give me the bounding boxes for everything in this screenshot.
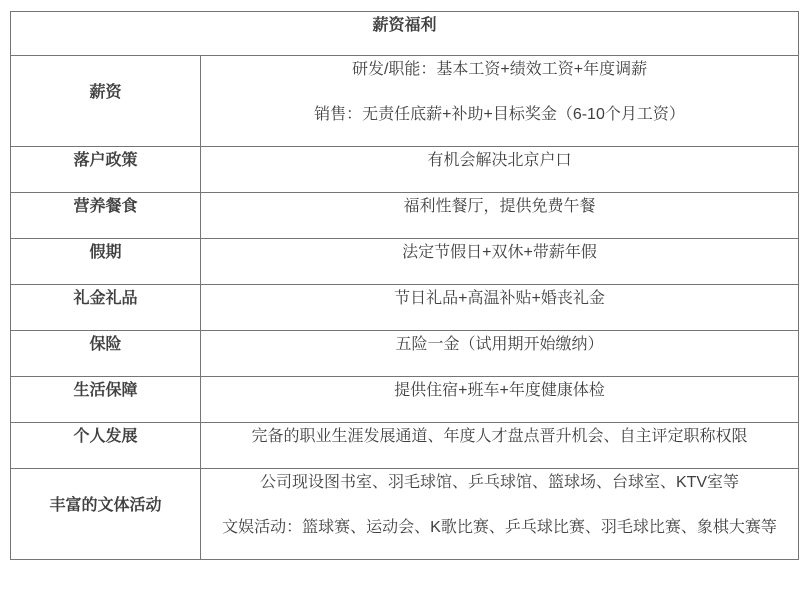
table-title: 薪资福利 <box>11 12 798 40</box>
row-label-insurance: 保险 <box>11 331 201 377</box>
row-label-text: 落户政策 <box>11 147 200 175</box>
row-label-text: 丰富的文体活动 <box>11 492 200 520</box>
row-content-line: 公司现设图书室、羽毛球馆、乒乓球馆、篮球场、台球室、KTV室等 <box>201 469 798 497</box>
row-content-line: 五险一金（试用期开始缴纳） <box>201 331 798 359</box>
row-content-insurance: 五险一金（试用期开始缴纳） <box>201 331 799 377</box>
row-content-line: 法定节假日+双休+带薪年假 <box>201 239 798 267</box>
row-label-meals: 营养餐食 <box>11 193 201 239</box>
row-content-hukou-policy: 有机会解决北京户口 <box>201 147 799 193</box>
table-title-cell: 薪资福利 <box>11 12 799 56</box>
page: 薪资福利 薪资 研发/职能：基本工资+绩效工资+年度调薪 销售：无责任底薪+补助… <box>0 0 808 599</box>
row-content-line: 福利性餐厅，提供免费午餐 <box>201 193 798 221</box>
row-label-salary: 薪资 <box>11 56 201 147</box>
row-content-line: 完备的职业生涯发展通道、年度人才盘点晋升机会、自主评定职称权限 <box>201 423 798 451</box>
row-label-text: 假期 <box>11 239 200 267</box>
benefits-table: 薪资福利 薪资 研发/职能：基本工资+绩效工资+年度调薪 销售：无责任底薪+补助… <box>10 11 799 560</box>
row-content-gifts: 节日礼品+高温补贴+婚丧礼金 <box>201 285 799 331</box>
table-header-row: 薪资福利 <box>11 12 799 56</box>
table-row: 丰富的文体活动 公司现设图书室、羽毛球馆、乒乓球馆、篮球场、台球室、KTV室等 … <box>11 469 799 560</box>
table-row: 营养餐食 福利性餐厅，提供免费午餐 <box>11 193 799 239</box>
row-content-personal-development: 完备的职业生涯发展通道、年度人才盘点晋升机会、自主评定职称权限 <box>201 423 799 469</box>
row-label-activities: 丰富的文体活动 <box>11 469 201 560</box>
table-row: 礼金礼品 节日礼品+高温补贴+婚丧礼金 <box>11 285 799 331</box>
row-content-activities: 公司现设图书室、羽毛球馆、乒乓球馆、篮球场、台球室、KTV室等 文娱活动：篮球赛… <box>201 469 799 560</box>
row-label-hukou-policy: 落户政策 <box>11 147 201 193</box>
row-label-text: 礼金礼品 <box>11 285 200 313</box>
row-content-meals: 福利性餐厅，提供免费午餐 <box>201 193 799 239</box>
row-label-personal-development: 个人发展 <box>11 423 201 469</box>
table-row: 假期 法定节假日+双休+带薪年假 <box>11 239 799 285</box>
row-label-holiday: 假期 <box>11 239 201 285</box>
row-content-line: 文娱活动：篮球赛、运动会、K歌比赛、乒乓球比赛、羽毛球比赛、象棋大赛等 <box>201 514 798 542</box>
row-content-salary: 研发/职能：基本工资+绩效工资+年度调薪 销售：无责任底薪+补助+目标奖金（6-… <box>201 56 799 147</box>
row-label-living-support: 生活保障 <box>11 377 201 423</box>
row-content-living-support: 提供住宿+班车+年度健康体检 <box>201 377 799 423</box>
row-label-text: 个人发展 <box>11 423 200 451</box>
table-row: 生活保障 提供住宿+班车+年度健康体检 <box>11 377 799 423</box>
table-row: 落户政策 有机会解决北京户口 <box>11 147 799 193</box>
row-label-gifts: 礼金礼品 <box>11 285 201 331</box>
row-content-line: 节日礼品+高温补贴+婚丧礼金 <box>201 285 798 313</box>
table-row: 个人发展 完备的职业生涯发展通道、年度人才盘点晋升机会、自主评定职称权限 <box>11 423 799 469</box>
row-content-line: 提供住宿+班车+年度健康体检 <box>201 377 798 405</box>
table-row: 保险 五险一金（试用期开始缴纳） <box>11 331 799 377</box>
row-content-line: 研发/职能：基本工资+绩效工资+年度调薪 <box>201 56 798 84</box>
table-row: 薪资 研发/职能：基本工资+绩效工资+年度调薪 销售：无责任底薪+补助+目标奖金… <box>11 56 799 147</box>
row-content-line: 有机会解决北京户口 <box>201 147 798 175</box>
row-content-holiday: 法定节假日+双休+带薪年假 <box>201 239 799 285</box>
row-content-line: 销售：无责任底薪+补助+目标奖金（6-10个月工资） <box>201 101 798 129</box>
row-label-text: 营养餐食 <box>11 193 200 221</box>
row-label-text: 生活保障 <box>11 377 200 405</box>
row-label-text: 薪资 <box>11 79 200 107</box>
row-label-text: 保险 <box>11 331 200 359</box>
